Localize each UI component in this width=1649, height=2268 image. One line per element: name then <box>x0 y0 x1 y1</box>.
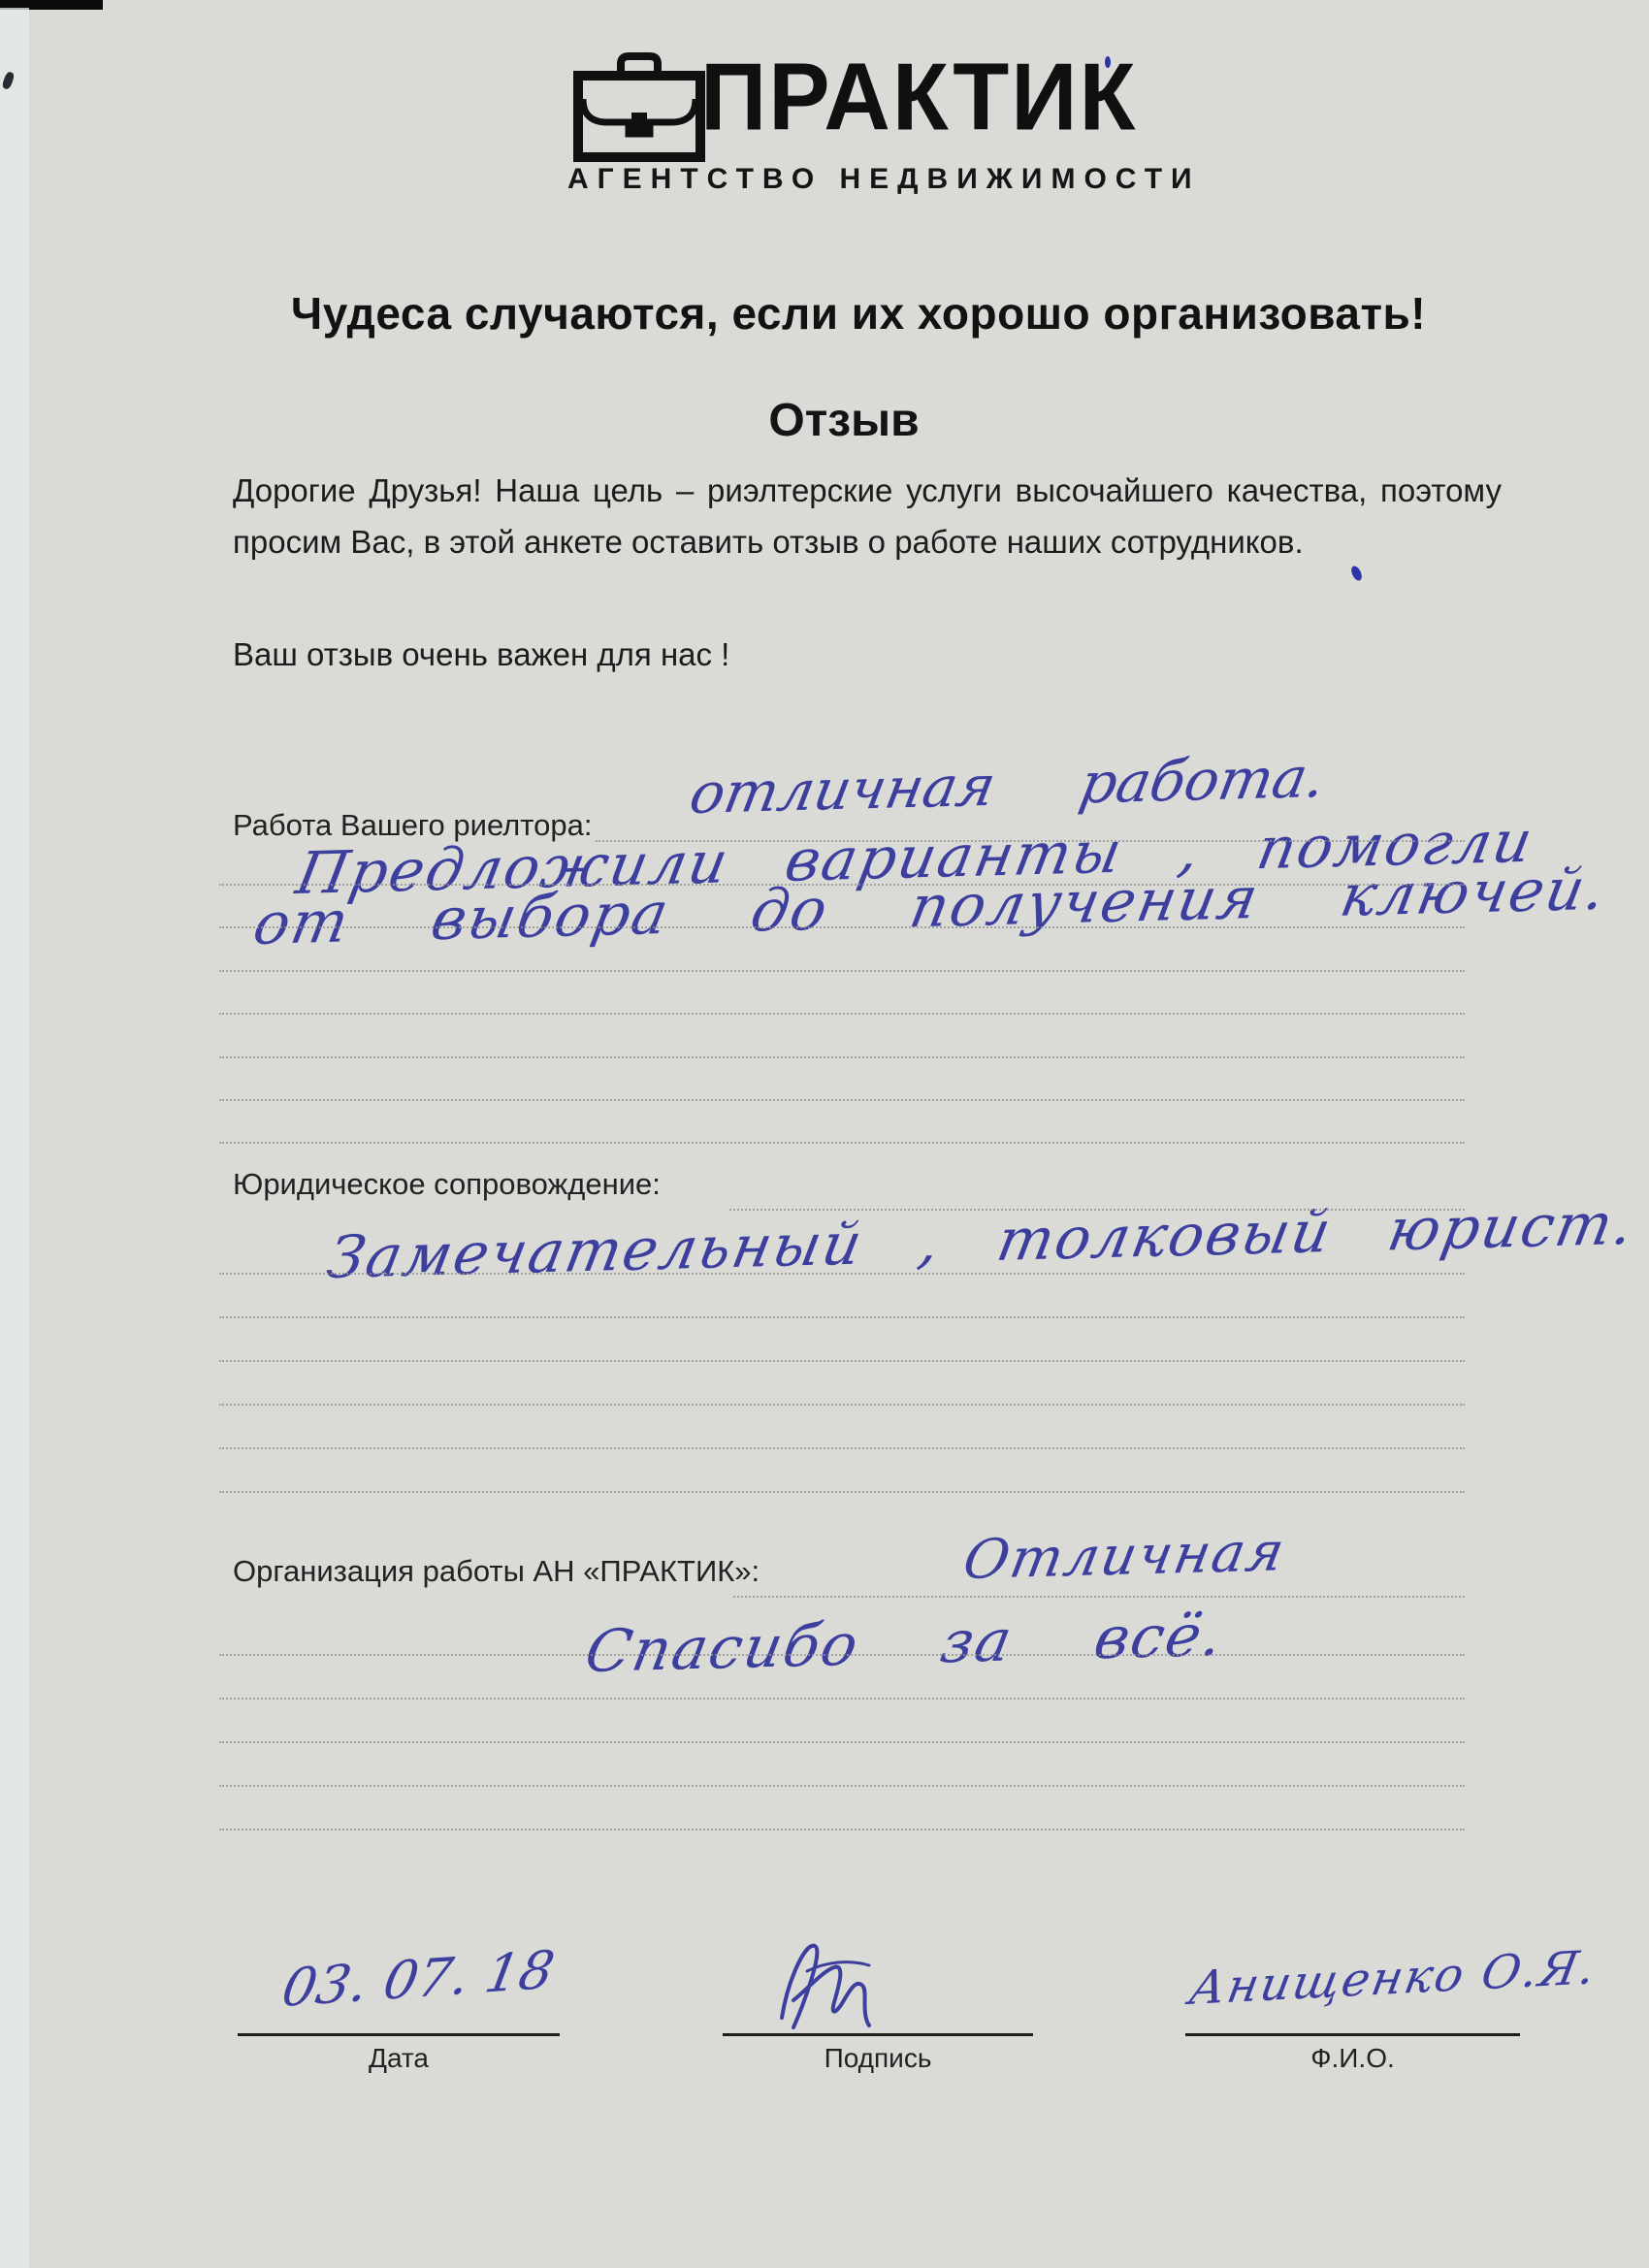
writing-rule <box>219 1741 1465 1743</box>
handwritten-answer: Замечательный , толковый юрист. <box>322 1190 1640 1292</box>
writing-rule <box>219 1698 1465 1700</box>
handwritten-name: Анищенко О.Я. <box>1185 1940 1601 2016</box>
brand-subtitle: АГЕНТСТВО НЕДВИЖИМОСТИ <box>567 163 1200 196</box>
name-underline <box>1185 2033 1520 2036</box>
writing-rule <box>733 1596 1465 1598</box>
name-label: Ф.И.О. <box>1185 2043 1520 2074</box>
writing-rule <box>219 1785 1465 1787</box>
slogan: Чудеса случаются, если их хорошо организ… <box>165 287 1552 340</box>
writing-rule <box>219 1654 1465 1656</box>
writing-rule <box>219 1013 1465 1015</box>
handwritten-date: 03. 07. 18 <box>277 1939 559 2019</box>
writing-rule <box>219 1829 1465 1831</box>
writing-rule <box>219 1099 1465 1101</box>
writing-rule <box>219 1404 1465 1406</box>
writing-rule <box>219 1447 1465 1449</box>
writing-rule <box>219 926 1465 928</box>
writing-rule <box>219 1491 1465 1493</box>
writing-rule <box>219 970 1465 972</box>
briefcase-icon <box>570 49 708 163</box>
signature-underline <box>723 2033 1033 2036</box>
date-underline <box>238 2033 560 2036</box>
writing-rule <box>219 1360 1465 1362</box>
writing-rule <box>219 1273 1465 1275</box>
scan-artifact-left-strip <box>0 8 29 2268</box>
writing-rule <box>219 884 1465 886</box>
writing-rule <box>596 840 1465 842</box>
handwritten-answer: отличная работа. <box>685 744 1331 826</box>
writing-rule <box>729 1209 1465 1211</box>
writing-rule <box>219 1316 1465 1318</box>
handwritten-answer: Отличная <box>958 1520 1291 1592</box>
writing-rule <box>219 1056 1465 1058</box>
intro-note: Ваш отзыв очень важен для нас ! <box>233 636 729 673</box>
date-label: Дата <box>238 2043 560 2074</box>
writing-rule <box>219 1142 1465 1144</box>
form-title: Отзыв <box>0 394 1649 447</box>
scanned-feedback-form: ПРАКТИК АГЕНТСТВО НЕДВИЖИМОСТИ Чудеса сл… <box>0 0 1649 2268</box>
intro-paragraph: Дорогие Друзья! Наша цель – риэлтерские … <box>233 466 1502 568</box>
brand-name: ПРАКТИК <box>700 43 1138 152</box>
signature-label: Подпись <box>723 2043 1033 2074</box>
signature-scribble <box>755 1932 958 2039</box>
field-label-legal-support: Юридическое сопровождение: <box>233 1167 661 1202</box>
field-label-agency-organization: Организация работы АН «ПРАКТИК»: <box>233 1554 760 1589</box>
handwritten-answer: Спасибо за всё. <box>580 1602 1230 1686</box>
